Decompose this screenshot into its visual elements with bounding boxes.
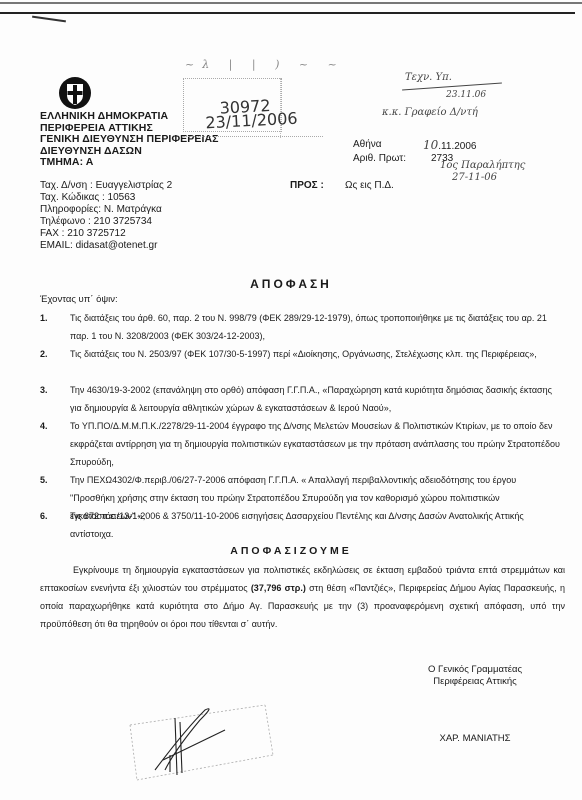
official-stamp-signature-icon	[125, 700, 275, 785]
recipient-value: Ως εις Π.Δ.	[345, 180, 394, 191]
email: EMAIL: didasat@otenet.gr	[40, 240, 172, 252]
signatory-name: ΧΑΡ. ΜΑΝΙΑΤΗΣ	[390, 733, 560, 744]
greek-coat-of-arms-icon	[58, 76, 92, 110]
phone: Τηλέφωνο : 210 3725734	[40, 216, 172, 228]
info-contact: Πληροφορίες: Ν. Ματράγκα	[40, 204, 172, 216]
decision-title: ΑΠΟΦΑΣΙΖΟΥΜΕ	[0, 545, 582, 557]
handwritten-note: 27-11-06	[452, 172, 497, 183]
list-item: 6. Τις 672 π.ε./13-1-2006 & 3750/11-10-2…	[40, 507, 560, 543]
item-text: Την 4630/19-3-2002 (επανάληψη στο ορθό) …	[70, 381, 560, 417]
handwritten-note: 23.11.06	[446, 90, 486, 100]
scan-edge-line	[0, 2, 582, 4]
faded-handwriting: ~λ | | ) ~ ~	[185, 58, 345, 71]
protocol-number: 2733	[423, 153, 453, 165]
date-value: 10.11.2006	[423, 139, 476, 153]
address: Ταχ. Δ/νση : Ευαγγελιστρίας 2	[40, 180, 172, 192]
item-text: Τις διατάξεις του Ν. 2503/97 (ΦΕΚ 107/30…	[70, 345, 560, 363]
item-number: 3.	[40, 381, 70, 417]
fax: FAX : 210 3725712	[40, 228, 172, 240]
intro-text: Έχοντας υπ΄ όψιν:	[40, 294, 118, 305]
item-number: 4.	[40, 417, 70, 471]
place-label: Αθήνα	[353, 139, 415, 153]
item-number: 6.	[40, 507, 70, 543]
document-title: ΑΠΟΦΑΣΗ	[0, 277, 582, 291]
item-text: Το ΥΠ.ΠΟ/Δ.Μ.Μ.Π.Κ./2278/29-11-2004 έγγρ…	[70, 417, 560, 471]
item-number: 2.	[40, 345, 70, 363]
decision-text: Εγκρίνουμε τη δημιουργία εγκαταστάσεων γ…	[40, 561, 565, 633]
list-item: 4. Το ΥΠ.ΠΟ/Δ.Μ.Μ.Π.Κ./2278/29-11-2004 έ…	[40, 417, 560, 471]
org-line: ΤΜΗΜΑ: Α	[40, 157, 219, 169]
list-item: 1. Τις διατάξεις του άρθ. 60, παρ. 2 του…	[40, 309, 560, 345]
list-item: 2. Τις διατάξεις του Ν. 2503/97 (ΦΕΚ 107…	[40, 345, 560, 363]
item-number: 1.	[40, 309, 70, 345]
protocol-label: Αριθ. Πρωτ:	[353, 153, 415, 165]
list-item: 3. Την 4630/19-3-2002 (επανάληψη στο ορθ…	[40, 381, 560, 417]
scan-mark	[32, 16, 66, 23]
document-meta: Αθήνα 10.11.2006 Αριθ. Πρωτ: 2733	[353, 139, 476, 165]
item-text: Τις διατάξεις του άρθ. 60, παρ. 2 του Ν.…	[70, 309, 560, 345]
stamp-number: 30972 23/11/2006	[204, 98, 298, 131]
signatory-role: Ο Γενικός Γραμματέας Περιφέρειας Αττικής	[390, 664, 560, 688]
scan-edge-line	[0, 12, 575, 14]
postal-code: Ταχ. Κώδικας : 10563	[40, 192, 172, 204]
contact-block: Ταχ. Δ/νση : Ευαγγελιστρίας 2 Ταχ. Κώδικ…	[40, 180, 172, 252]
recipient-label: ΠΡΟΣ :	[290, 180, 324, 191]
handwritten-note: Τεχν. Υπ.	[405, 72, 452, 83]
stamp-divider	[183, 136, 323, 137]
item-text: Τις 672 π.ε./13-1-2006 & 3750/11-10-2006…	[70, 507, 560, 543]
area-value: (37,796 στρ.)	[251, 583, 306, 593]
handwritten-note: κ.κ. Γραφείο Δ/ντή	[382, 107, 478, 118]
